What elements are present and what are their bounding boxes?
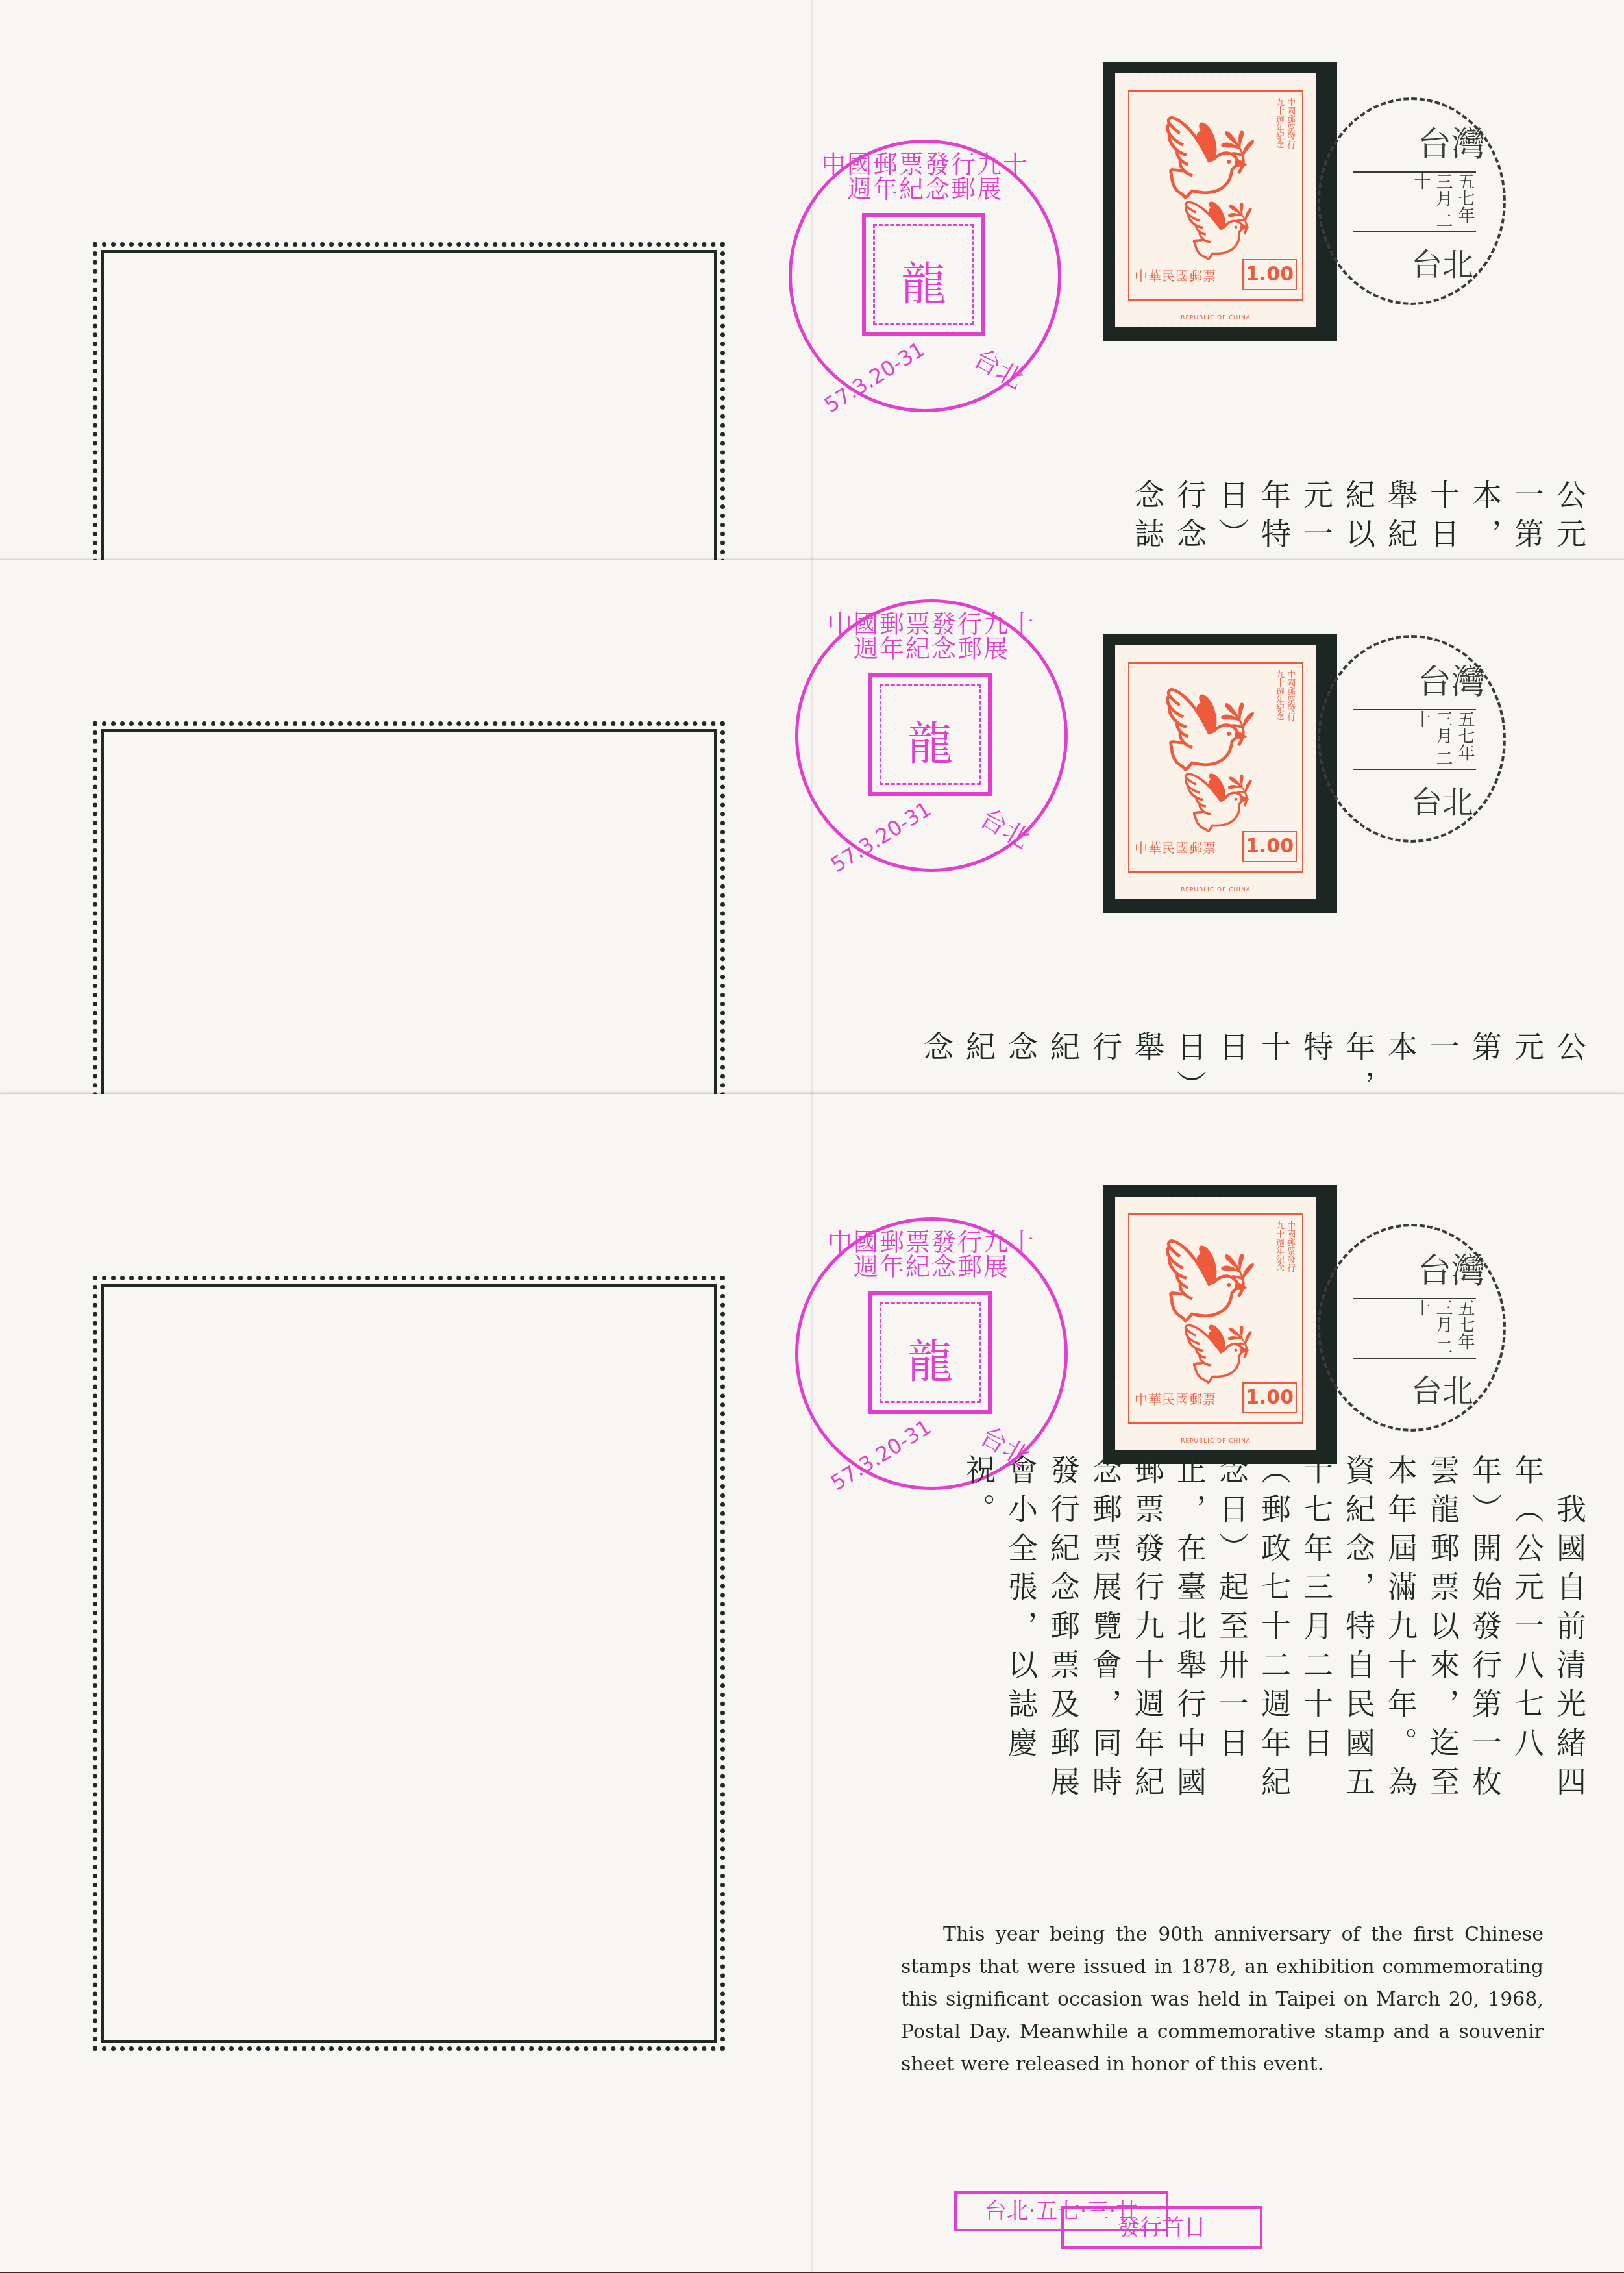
commemorative-cancel: 中國郵票發行九十週年紀念郵展 龍 57.3.20-31 台北 <box>795 1217 1068 1490</box>
postmark-date: 五七年 三月 二十 <box>1353 709 1476 770</box>
goose-icon: 🕊 <box>1150 116 1261 210</box>
dragon-stamp-icon: 龍 <box>868 1291 992 1414</box>
stamp-caption: 中國郵票發行九十週年紀念 <box>1273 1221 1296 1272</box>
souvenir-card-1: 中國郵票發行九十週年紀念郵展 龍 57.3.20-31 台北 中國郵票發行九十週… <box>0 0 1624 649</box>
stamp-imprint: REPUBLIC OF CHINA <box>1119 315 1312 321</box>
chinese-text: 我國自前清光緒四年（公元一八七八年）開始發行第一枚雲龍郵票以來，迄至本年屆滿九十… <box>915 1454 1590 1818</box>
postmark-date: 五七年 三月 二十 <box>1353 1298 1476 1359</box>
souvenir-card-2: 中國郵票發行九十週年紀念郵展 龍 57.3.20-31 台北 中國郵票發行九十週… <box>0 560 1624 1145</box>
decorative-frame <box>101 1284 717 2043</box>
cancel-date: 57.3.20-31 <box>820 337 929 418</box>
chinese-text: 公元第一本年，特十日日）舉行紀念紀念以誌 <box>915 1031 1590 1096</box>
cancel-date: 57.3.20-31 <box>826 797 935 878</box>
stamp-value: 1.00 <box>1242 831 1297 862</box>
commemorative-cancel: 中國郵票發行九十週年紀念郵展 龍 57.3.20-31 台北 <box>789 140 1061 412</box>
postmark: 台灣 五七年 三月 二十 台北 <box>1318 97 1506 305</box>
stamp-imprint: REPUBLIC OF CHINA <box>1119 1438 1312 1445</box>
dragon-stamp-icon: 龍 <box>868 673 992 796</box>
cancel-arc-text: 中國郵票發行九十週年紀念郵展 <box>818 612 1045 661</box>
english-text: This year being the 90th anniversary of … <box>901 1919 1544 2081</box>
postmark: 台灣 五七年 三月 二十 台北 <box>1318 1224 1506 1432</box>
postage-stamp: 中國郵票發行九十週年紀念 🕊 🕊 中華民國郵票 1.00 REPUBLIC OF… <box>1115 73 1316 327</box>
goose-icon: 🕊 <box>1181 1325 1255 1384</box>
stamp-country: 中華民國郵票 <box>1135 266 1216 285</box>
goose-icon: 🕊 <box>1150 1239 1261 1334</box>
postmark-top: 台灣 <box>1418 1243 1485 1292</box>
first-day-banner-right: 發行首日 <box>1061 2206 1262 2249</box>
stamp-caption: 中國郵票發行九十週年紀念 <box>1273 670 1296 721</box>
postmark-top: 台灣 <box>1418 117 1485 166</box>
cancel-arc-text: 中國郵票發行九十週年紀念郵展 <box>818 1230 1045 1279</box>
cancel-place: 台北 <box>968 338 1031 396</box>
card-fold <box>811 1094 814 2272</box>
postage-stamp: 中國郵票發行九十週年紀念 🕊 🕊 中華民國郵票 1.00 REPUBLIC OF… <box>1115 645 1316 899</box>
stamp-caption: 中國郵票發行九十週年紀念 <box>1273 98 1296 149</box>
commemorative-cancel: 中國郵票發行九十週年紀念郵展 龍 57.3.20-31 台北 <box>795 599 1068 872</box>
dragon-stamp-icon: 龍 <box>862 213 985 336</box>
postage-stamp: 中國郵票發行九十週年紀念 🕊 🕊 中華民國郵票 1.00 REPUBLIC OF… <box>1115 1197 1316 1450</box>
goose-icon: 🕊 <box>1150 688 1261 782</box>
stamp-country: 中華民國郵票 <box>1135 838 1216 857</box>
postmark: 台灣 五七年 三月 二十 台北 <box>1318 635 1506 843</box>
cancel-arc-text: 中國郵票發行九十週年紀念郵展 <box>811 152 1039 201</box>
cancel-place: 台北 <box>974 798 1038 856</box>
goose-icon: 🕊 <box>1181 774 1255 832</box>
postmark-bottom: 台北 <box>1411 1366 1473 1411</box>
stamp-mount: 中國郵票發行九十週年紀念 🕊 🕊 中華民國郵票 1.00 REPUBLIC OF… <box>1103 634 1337 913</box>
postmark-top: 台灣 <box>1418 654 1485 703</box>
chinese-text: 公元一第本，十日舉紀紀以元一年特日）行念念誌 <box>915 479 1590 564</box>
stamp-country: 中華民國郵票 <box>1135 1389 1216 1408</box>
stamp-mount: 中國郵票發行九十週年紀念 🕊 🕊 中華民國郵票 1.00 REPUBLIC OF… <box>1103 62 1337 341</box>
postmark-bottom: 台北 <box>1411 777 1473 822</box>
stamp-value: 1.00 <box>1242 259 1297 290</box>
stamp-mount: 中國郵票發行九十週年紀念 🕊 🕊 中華民國郵票 1.00 REPUBLIC OF… <box>1103 1185 1337 1464</box>
postmark-bottom: 台北 <box>1411 240 1473 284</box>
souvenir-card-3: 中國郵票發行九十週年紀念郵展 龍 57.3.20-31 台北 中國郵票發行九十週… <box>0 1094 1624 2272</box>
stamp-value: 1.00 <box>1242 1382 1297 1413</box>
postmark-date: 五七年 三月 二十 <box>1353 171 1476 232</box>
card-fold <box>811 560 814 1145</box>
goose-icon: 🕊 <box>1181 202 1255 260</box>
stamp-imprint: REPUBLIC OF CHINA <box>1119 887 1312 893</box>
